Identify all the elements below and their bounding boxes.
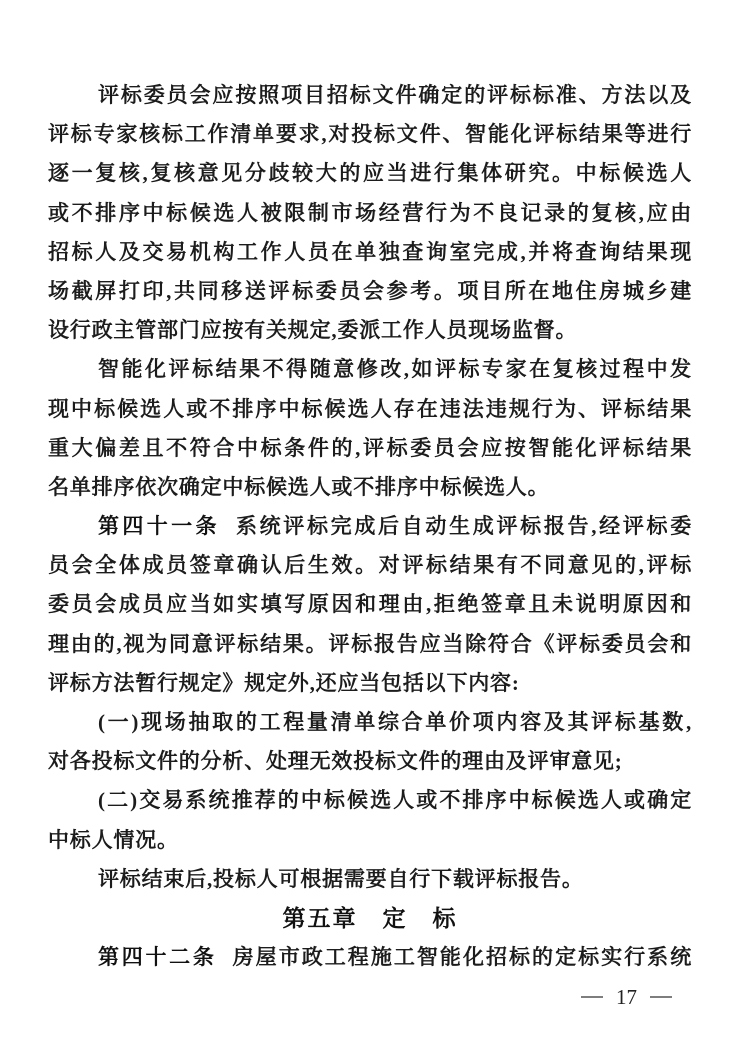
paragraph-line: 现中标候选人或不排序中标候选人存在违法违规行为、评标结果: [48, 390, 692, 429]
article-number: 第四十一条: [98, 515, 220, 538]
article-first-line: 第四十一条系统评标完成后自动生成评标报告,经评标委: [48, 507, 692, 546]
footer-page-number: 17: [616, 984, 637, 1010]
article-first-line: 第四十二条房屋市政工程施工智能化招标的定标实行系统: [48, 938, 692, 977]
paragraph-line: 重大偏差且不符合中标条件的,评标委员会应按智能化评标结果: [48, 429, 692, 468]
paragraph-line: 智能化评标结果不得随意修改,如评标专家在复核过程中发: [48, 350, 692, 389]
article-number: 第四十二条: [98, 946, 217, 969]
paragraph-line: 招标人及交易机构工作人员在单独查询室完成,并将查询结果现: [48, 233, 692, 272]
paragraph-line: 名单排序依次确定中标候选人或不排序中标候选人。: [48, 468, 692, 507]
page-footer: 17: [581, 984, 672, 1010]
paragraph-line: (一)现场抽取的工程量清单综合单价项内容及其评标基数,: [48, 703, 692, 742]
paragraph-line: 评标委员会应按照项目招标文件确定的评标标准、方法以及: [48, 76, 692, 115]
paragraph-line: 评标结束后,投标人可根据需要自行下载评标报告。: [48, 860, 692, 899]
footer-dash-right: [650, 996, 672, 998]
paragraph-line: 设行政主管部门应按有关规定,委派工作人员现场监督。: [48, 311, 692, 350]
paragraph-line: 理由的,视为同意评标结果。评标报告应当除符合《评标委员会和: [48, 625, 692, 664]
document-page: 评标委员会应按照项目招标文件确定的评标标准、方法以及评标专家核标工作清单要求,对…: [0, 0, 755, 1055]
paragraph-line: 场截屏打印,共同移送评标委员会参考。项目所在地住房城乡建: [48, 272, 692, 311]
paragraph-line: 员会全体成员签章确认后生效。对评标结果有不同意见的,评标: [48, 546, 692, 585]
paragraph-line: 中标人情况。: [48, 821, 692, 860]
paragraph-line: 对各投标文件的分析、处理无效投标文件的理由及评审意见;: [48, 742, 692, 781]
text-block: 评标委员会应按照项目招标文件确定的评标标准、方法以及评标专家核标工作清单要求,对…: [48, 76, 692, 977]
paragraph-line: 评标方法暂行规定》规定外,还应当包括以下内容:: [48, 664, 692, 703]
paragraph-line: 评标专家核标工作清单要求,对投标文件、智能化评标结果等进行: [48, 115, 692, 154]
footer-dash-left: [581, 996, 603, 998]
paragraph-line: 逐一复核,复核意见分歧较大的应当进行集体研究。中标候选人: [48, 154, 692, 193]
paragraph-line: 或不排序中标候选人被限制市场经营行为不良记录的复核,应由: [48, 194, 692, 233]
chapter-heading: 第五章 定 标: [48, 899, 692, 938]
paragraph-line: (二)交易系统推荐的中标候选人或不排序中标候选人或确定: [48, 781, 692, 820]
paragraph-line: 委员会成员应当如实填写原因和理由,拒绝签章且未说明原因和: [48, 585, 692, 624]
